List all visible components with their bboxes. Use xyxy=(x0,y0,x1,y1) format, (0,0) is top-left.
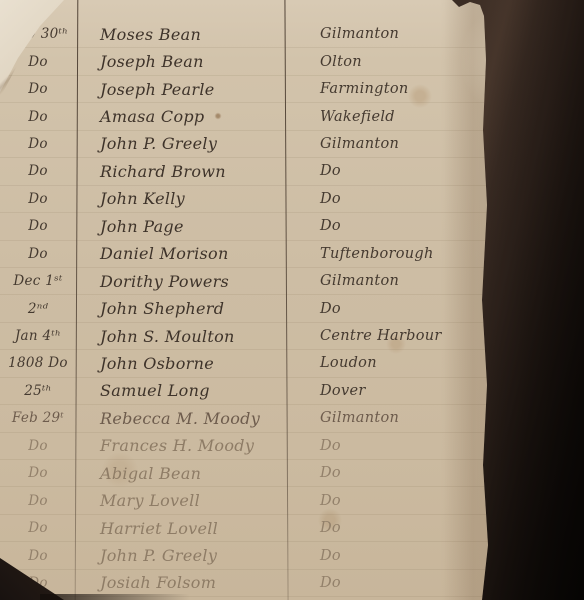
ledger-page: Nov 30ᵗʰ Moses Bean Gilmanton Do Joseph … xyxy=(0,0,584,600)
table-row: Do John Kelly Do xyxy=(0,186,488,213)
row-residence: Olton xyxy=(306,54,362,70)
table-row: Do Richard Brown Do xyxy=(0,158,488,185)
table-row: Do Frances H. Moody Do xyxy=(0,433,488,460)
row-residence: Farmington xyxy=(306,81,409,97)
table-row: Do Abigal Bean Do xyxy=(0,460,488,487)
table-row: Do John P. Greely Gilmanton xyxy=(0,131,488,158)
table-row: Do Joseph Bean Olton xyxy=(0,48,488,75)
table-row: Do Harriet Lovell Do xyxy=(0,515,488,542)
row-name: John P. Greely xyxy=(76,134,306,153)
row-name: Amasa Copp xyxy=(76,107,306,126)
row-name: John Osborne xyxy=(76,354,306,373)
row-date: Do xyxy=(0,163,76,179)
row-residence: Tuftenborough xyxy=(306,246,434,262)
row-name: Mary Lovell xyxy=(76,491,306,510)
row-name: Joseph Bean xyxy=(76,52,306,71)
row-name: Joseph Pearle xyxy=(76,80,306,99)
row-residence: Do xyxy=(306,575,341,591)
row-date: Do xyxy=(0,438,76,454)
table-row: Do Daniel Morison Tuftenborough xyxy=(0,241,488,268)
row-date: Do xyxy=(0,465,76,481)
row-residence: Do xyxy=(306,493,341,509)
row-date: Do xyxy=(0,548,76,564)
row-residence: Loudon xyxy=(306,355,377,371)
table-row: Do Amasa Copp Wakefield xyxy=(0,103,488,130)
row-name: John Page xyxy=(76,217,306,236)
row-residence: Gilmanton xyxy=(306,26,399,42)
table-row: Do John P. Greely Do xyxy=(0,542,488,569)
row-name: Dorithy Powers xyxy=(76,272,306,291)
row-date: Do xyxy=(0,81,76,97)
row-name: Daniel Morison xyxy=(76,244,306,263)
row-name: John Kelly xyxy=(76,189,306,208)
row-date: Do xyxy=(0,109,76,125)
table-row: Do Joseph Pearle Farmington xyxy=(0,76,488,103)
row-residence: Centre Harbour xyxy=(306,328,442,344)
table-row: Feb 29ᵗ Rebecca M. Moody Gilmanton xyxy=(0,405,488,432)
row-residence: Do xyxy=(306,301,341,317)
row-date: 1808 Do xyxy=(0,355,76,371)
table-row: 2ⁿᵈ John Shepherd Do xyxy=(0,295,488,322)
row-name: Abigal Bean xyxy=(76,464,306,483)
table-row: Do John Page Do xyxy=(0,213,488,240)
row-residence: Do xyxy=(306,465,341,481)
row-name: Frances H. Moody xyxy=(76,436,306,455)
table-row: 25ᵗʰ Samuel Long Dover xyxy=(0,378,488,405)
row-residence: Gilmanton xyxy=(306,136,399,152)
table-row: 1808 Do John Osborne Loudon xyxy=(0,350,488,377)
row-residence: Do xyxy=(306,548,341,564)
row-date: Do xyxy=(0,218,76,234)
row-date: Do xyxy=(0,191,76,207)
row-residence: Do xyxy=(306,191,341,207)
table-row: Jan 4ᵗʰ John S. Moulton Centre Harbour xyxy=(0,323,488,350)
cover-bottom-sliver xyxy=(40,594,190,600)
row-date: Jan 4ᵗʰ xyxy=(0,328,76,344)
row-date: Do xyxy=(0,136,76,152)
row-date: Do xyxy=(0,493,76,509)
row-residence: Gilmanton xyxy=(306,273,399,289)
row-name: John P. Greely xyxy=(76,546,306,565)
register-rows: Nov 30ᵗʰ Moses Bean Gilmanton Do Joseph … xyxy=(0,21,488,597)
table-row: Dec 1ˢᵗ Dorithy Powers Gilmanton xyxy=(0,268,488,295)
row-name: Moses Bean xyxy=(76,25,306,44)
row-name: Harriet Lovell xyxy=(76,519,306,538)
row-residence: Wakefield xyxy=(306,109,395,125)
row-name: John S. Moulton xyxy=(76,327,306,346)
row-date: Feb 29ᵗ xyxy=(0,410,76,426)
row-name: Samuel Long xyxy=(76,381,306,400)
row-residence: Do xyxy=(306,218,341,234)
row-residence: Dover xyxy=(306,383,366,399)
row-date: Do xyxy=(0,246,76,262)
row-date: 2ⁿᵈ xyxy=(0,301,76,317)
row-residence: Gilmanton xyxy=(306,410,399,426)
row-residence: Do xyxy=(306,438,341,454)
row-residence: Do xyxy=(306,520,341,536)
row-residence: Do xyxy=(306,163,341,179)
row-name: Richard Brown xyxy=(76,162,306,181)
row-date: Dec 1ˢᵗ xyxy=(0,273,76,289)
table-row: Do Mary Lovell Do xyxy=(0,487,488,514)
row-name: John Shepherd xyxy=(76,299,306,318)
row-name: Josiah Folsom xyxy=(76,573,306,592)
photo-background: Nov 30ᵗʰ Moses Bean Gilmanton Do Joseph … xyxy=(0,0,584,600)
row-date: Do xyxy=(0,520,76,536)
row-name: Rebecca M. Moody xyxy=(76,409,306,428)
row-date: 25ᵗʰ xyxy=(0,383,76,399)
table-row: Nov 30ᵗʰ Moses Bean Gilmanton xyxy=(0,21,488,48)
